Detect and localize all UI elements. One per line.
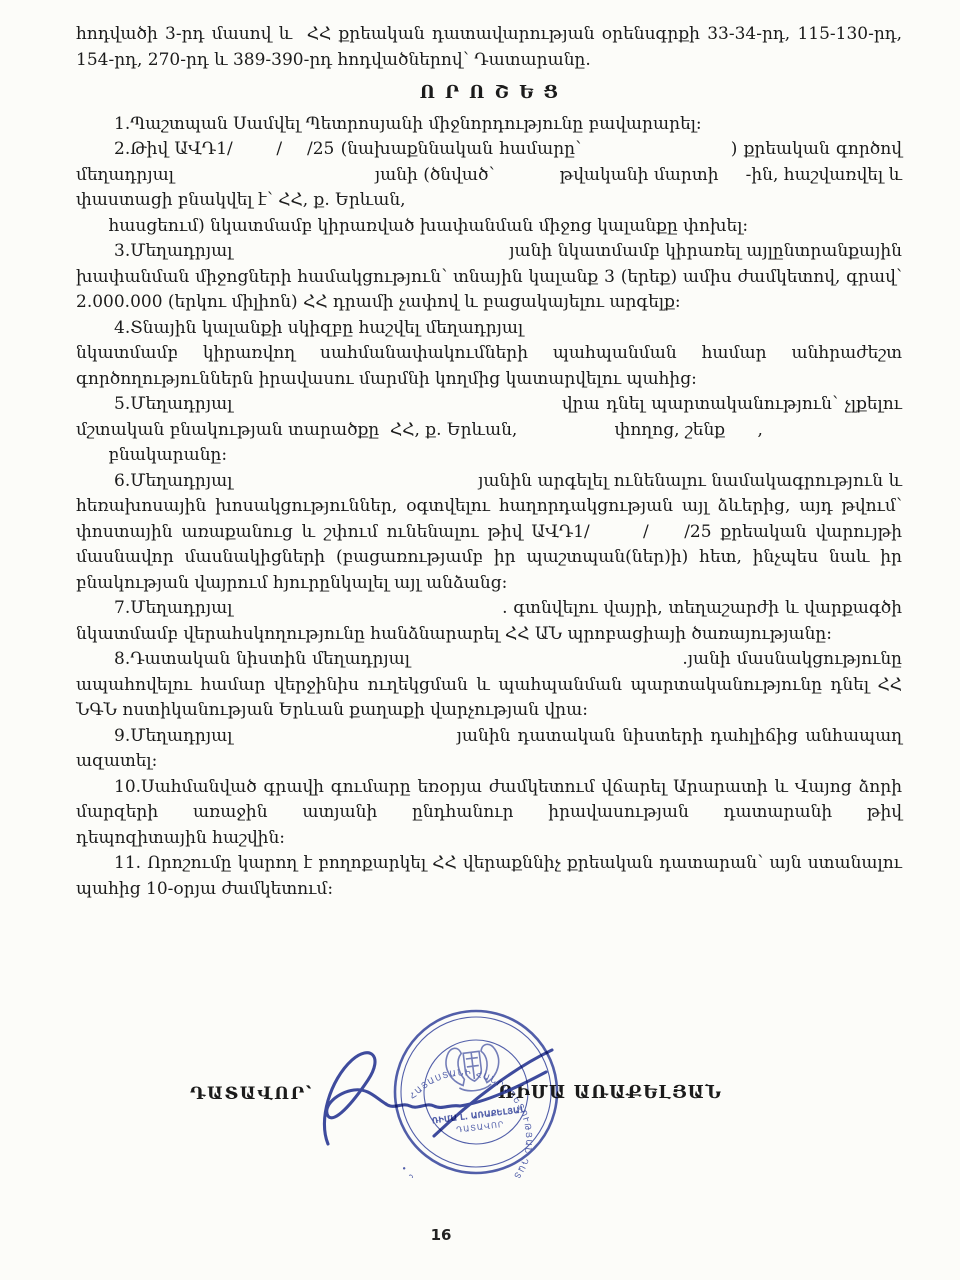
decision-heading: ՈՐՈՇԵՑ bbox=[76, 81, 902, 107]
decision-paragraph-7: 7.Մեղադրյալ . գտնվելու վայրի, տեղաշարժի … bbox=[76, 596, 902, 647]
intro-paragraph: հոդվածի 3-րդ մասով և ՀՀ քրեական դատավարո… bbox=[76, 22, 902, 73]
decision-paragraph-1: 1.Պաշտպան Սամվել Պետրոսյանի միջնորդությո… bbox=[76, 112, 902, 138]
decision-paragraph-2: 2.Թիվ ԱՎԴ1/ / /25 (նախաքննական համարը՝ )… bbox=[76, 137, 902, 239]
decision-paragraph-10: 10.Սահմանված գրավի գումարը եռօրյա ժամկետ… bbox=[76, 775, 902, 852]
decision-paragraph-8: 8.Դատական նիստին մեղադրյալ .յանի մասնակց… bbox=[76, 647, 902, 724]
signature-block: ԴԱՏԱՎՈՐ՝ ՌԻՄԱ ԱՌԱՔԵԼՅԱՆ bbox=[0, 1000, 960, 1215]
decision-paragraph-5: 5.Մեղադրյալ վրա դնել պարտականություն՝ չլ… bbox=[76, 392, 902, 469]
decision-paragraph-9: 9.Մեղադրյալ յանին դատական նիստերի դահլիճ… bbox=[76, 724, 902, 775]
decision-text-block: հոդվածի 3-րդ մասով և ՀՀ քրեական դատավարո… bbox=[76, 22, 902, 902]
decision-paragraph-6: 6.Մեղադրյալ յանին արգելել ունենալու նամա… bbox=[76, 469, 902, 597]
scanned-court-decision-page: հոդվածի 3-րդ մասով և ՀՀ քրեական դատավարո… bbox=[0, 0, 960, 1280]
stamp-judge-title: ԴԱՏԱՎՈՐ bbox=[456, 1120, 505, 1135]
decision-paragraph-11: 11. Որոշումը կարող է բողոքարկել ՀՀ վերաք… bbox=[76, 851, 902, 902]
decision-paragraph-4: 4.Տնային կալանքի սկիզբը հաշվել մեղադրյալ… bbox=[76, 316, 902, 393]
page-number: 16 bbox=[416, 1226, 466, 1244]
decision-paragraph-3: 3.Մեղադրյալ յանի նկատմամբ կիրառել այլընտ… bbox=[76, 239, 902, 316]
court-stamp: ՀԱՅԱՍՏԱՆԻ ՀԱՆՐԱՊԵՏՈՒԹՅԱՆ ԴԱՏԱԿԱՆ ԻՇԽԱՆՈՒ… bbox=[390, 1006, 562, 1178]
